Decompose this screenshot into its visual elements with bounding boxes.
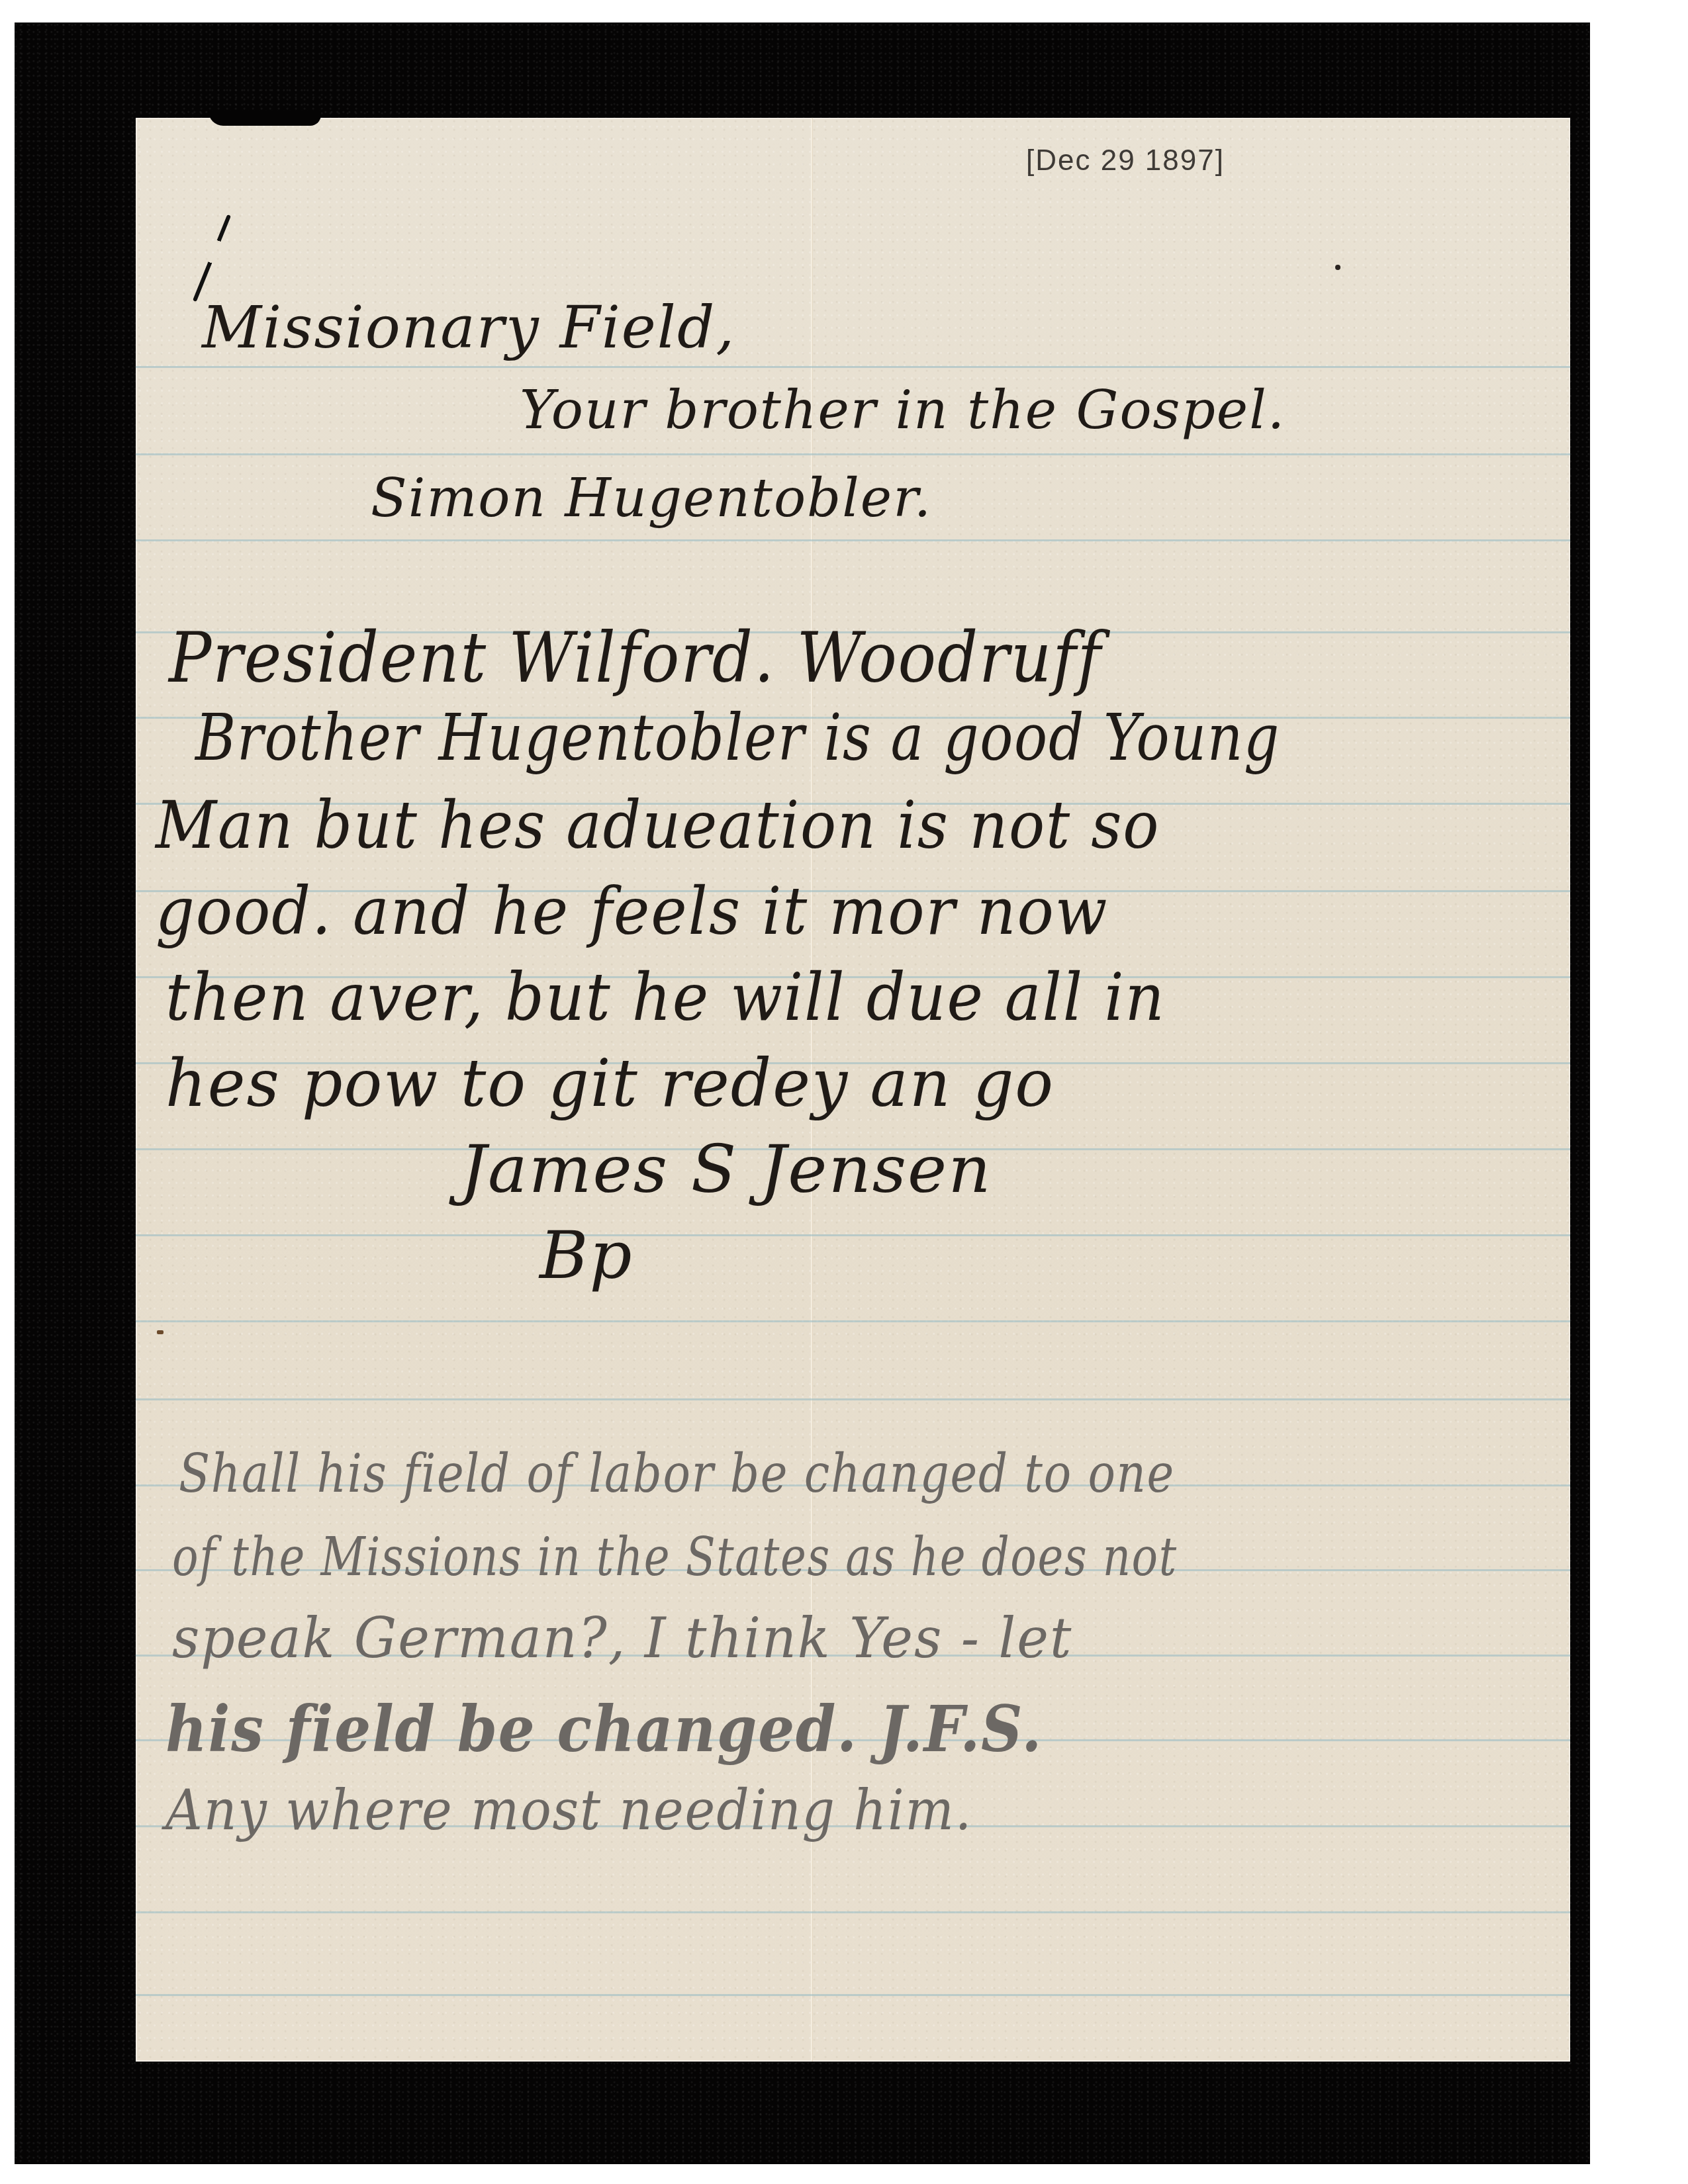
ruled-line bbox=[136, 1320, 1570, 1322]
ruled-line bbox=[136, 539, 1570, 541]
pencil-note-line-5: Any where most needing him. bbox=[165, 1778, 972, 1843]
letter-body-line-3: good. and he feels it mor now bbox=[156, 872, 1108, 950]
letter-body-line-1: Brother Hugentobler is a good Young bbox=[195, 700, 1280, 776]
bishop-signature: James S Jensen bbox=[460, 1130, 992, 1208]
ruled-line bbox=[136, 453, 1570, 455]
closing-line: Your brother in the Gospel. bbox=[520, 379, 1286, 441]
missionary-field-line: Missionary Field, bbox=[202, 293, 735, 361]
letter-body-line-4: then aver, but he will due all in bbox=[165, 958, 1166, 1036]
letter-body-line-5: hes pow to git redey an go bbox=[165, 1044, 1055, 1122]
letter-body-line-2: Man but hes adueation is not so bbox=[156, 786, 1160, 864]
ruled-line bbox=[136, 1994, 1570, 1996]
staple-hole-mark bbox=[193, 214, 231, 302]
pencil-note-line-1: Shall his field of labor be changed to o… bbox=[179, 1443, 1175, 1504]
ruled-line bbox=[136, 1911, 1570, 1913]
ruled-line bbox=[136, 1234, 1570, 1236]
letter-salutation: President Wilford. Woodruff bbox=[169, 617, 1102, 698]
archival-date-annotation: [Dec 29 1897] bbox=[1026, 144, 1225, 177]
torn-paper-edge bbox=[209, 111, 321, 126]
paper-stain bbox=[157, 1330, 164, 1334]
ink-speck bbox=[1335, 265, 1340, 270]
bishop-title: Bp bbox=[539, 1216, 633, 1294]
pencil-note-line-3: speak German?, I think Yes - let bbox=[172, 1606, 1072, 1670]
pencil-note-line-4: his field be changed. J.F.S. bbox=[165, 1692, 1043, 1766]
pencil-note-line-2: of the Missions in the States as he does… bbox=[172, 1526, 1178, 1588]
ruled-line bbox=[136, 366, 1570, 368]
ruled-line bbox=[136, 1398, 1570, 1400]
missionary-signature: Simon Hugentobler. bbox=[371, 467, 932, 529]
letter-paper: [Dec 29 1897] Missionary Field, Your bro… bbox=[136, 118, 1570, 2062]
